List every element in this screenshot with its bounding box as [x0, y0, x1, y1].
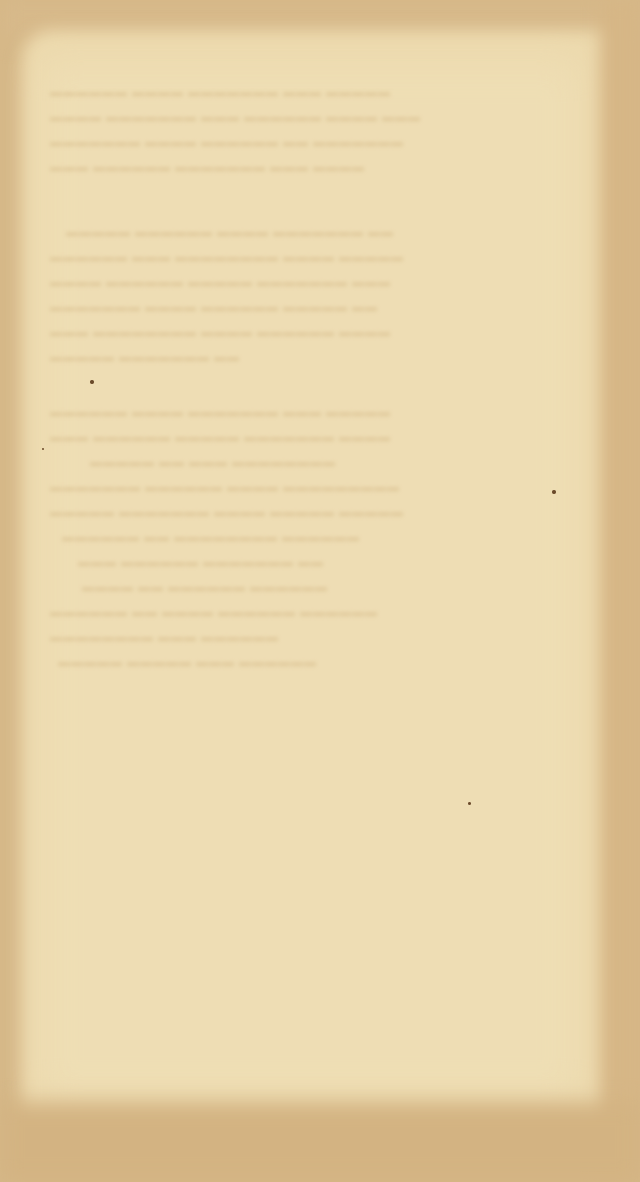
right-stain [600, 0, 640, 1182]
foxing-spot [468, 802, 471, 805]
bottom-stain [0, 1102, 640, 1182]
show-through-text-block: ▬▬▬▬▬▬ ▬▬▬▬ ▬▬▬▬▬▬▬ ▬▬▬ ▬▬▬▬▬ ▬▬▬▬ ▬▬▬▬▬… [50, 80, 590, 180]
foxing-spot [552, 490, 556, 494]
foxing-spot [90, 380, 94, 384]
show-through-text-block: ▬▬▬▬▬ ▬▬▬▬▬▬ ▬▬▬▬ ▬▬▬▬▬▬▬ ▬▬ ▬▬▬▬▬▬ ▬▬▬ … [50, 220, 590, 370]
show-through-text-block: ▬▬▬▬▬▬ ▬▬▬▬ ▬▬▬▬▬▬▬ ▬▬▬ ▬▬▬▬▬ ▬▬▬ ▬▬▬▬▬▬… [50, 400, 590, 675]
book-page: ▬▬▬▬▬▬ ▬▬▬▬ ▬▬▬▬▬▬▬ ▬▬▬ ▬▬▬▬▬ ▬▬▬▬ ▬▬▬▬▬… [0, 0, 640, 1182]
foxing-spot [42, 448, 44, 450]
